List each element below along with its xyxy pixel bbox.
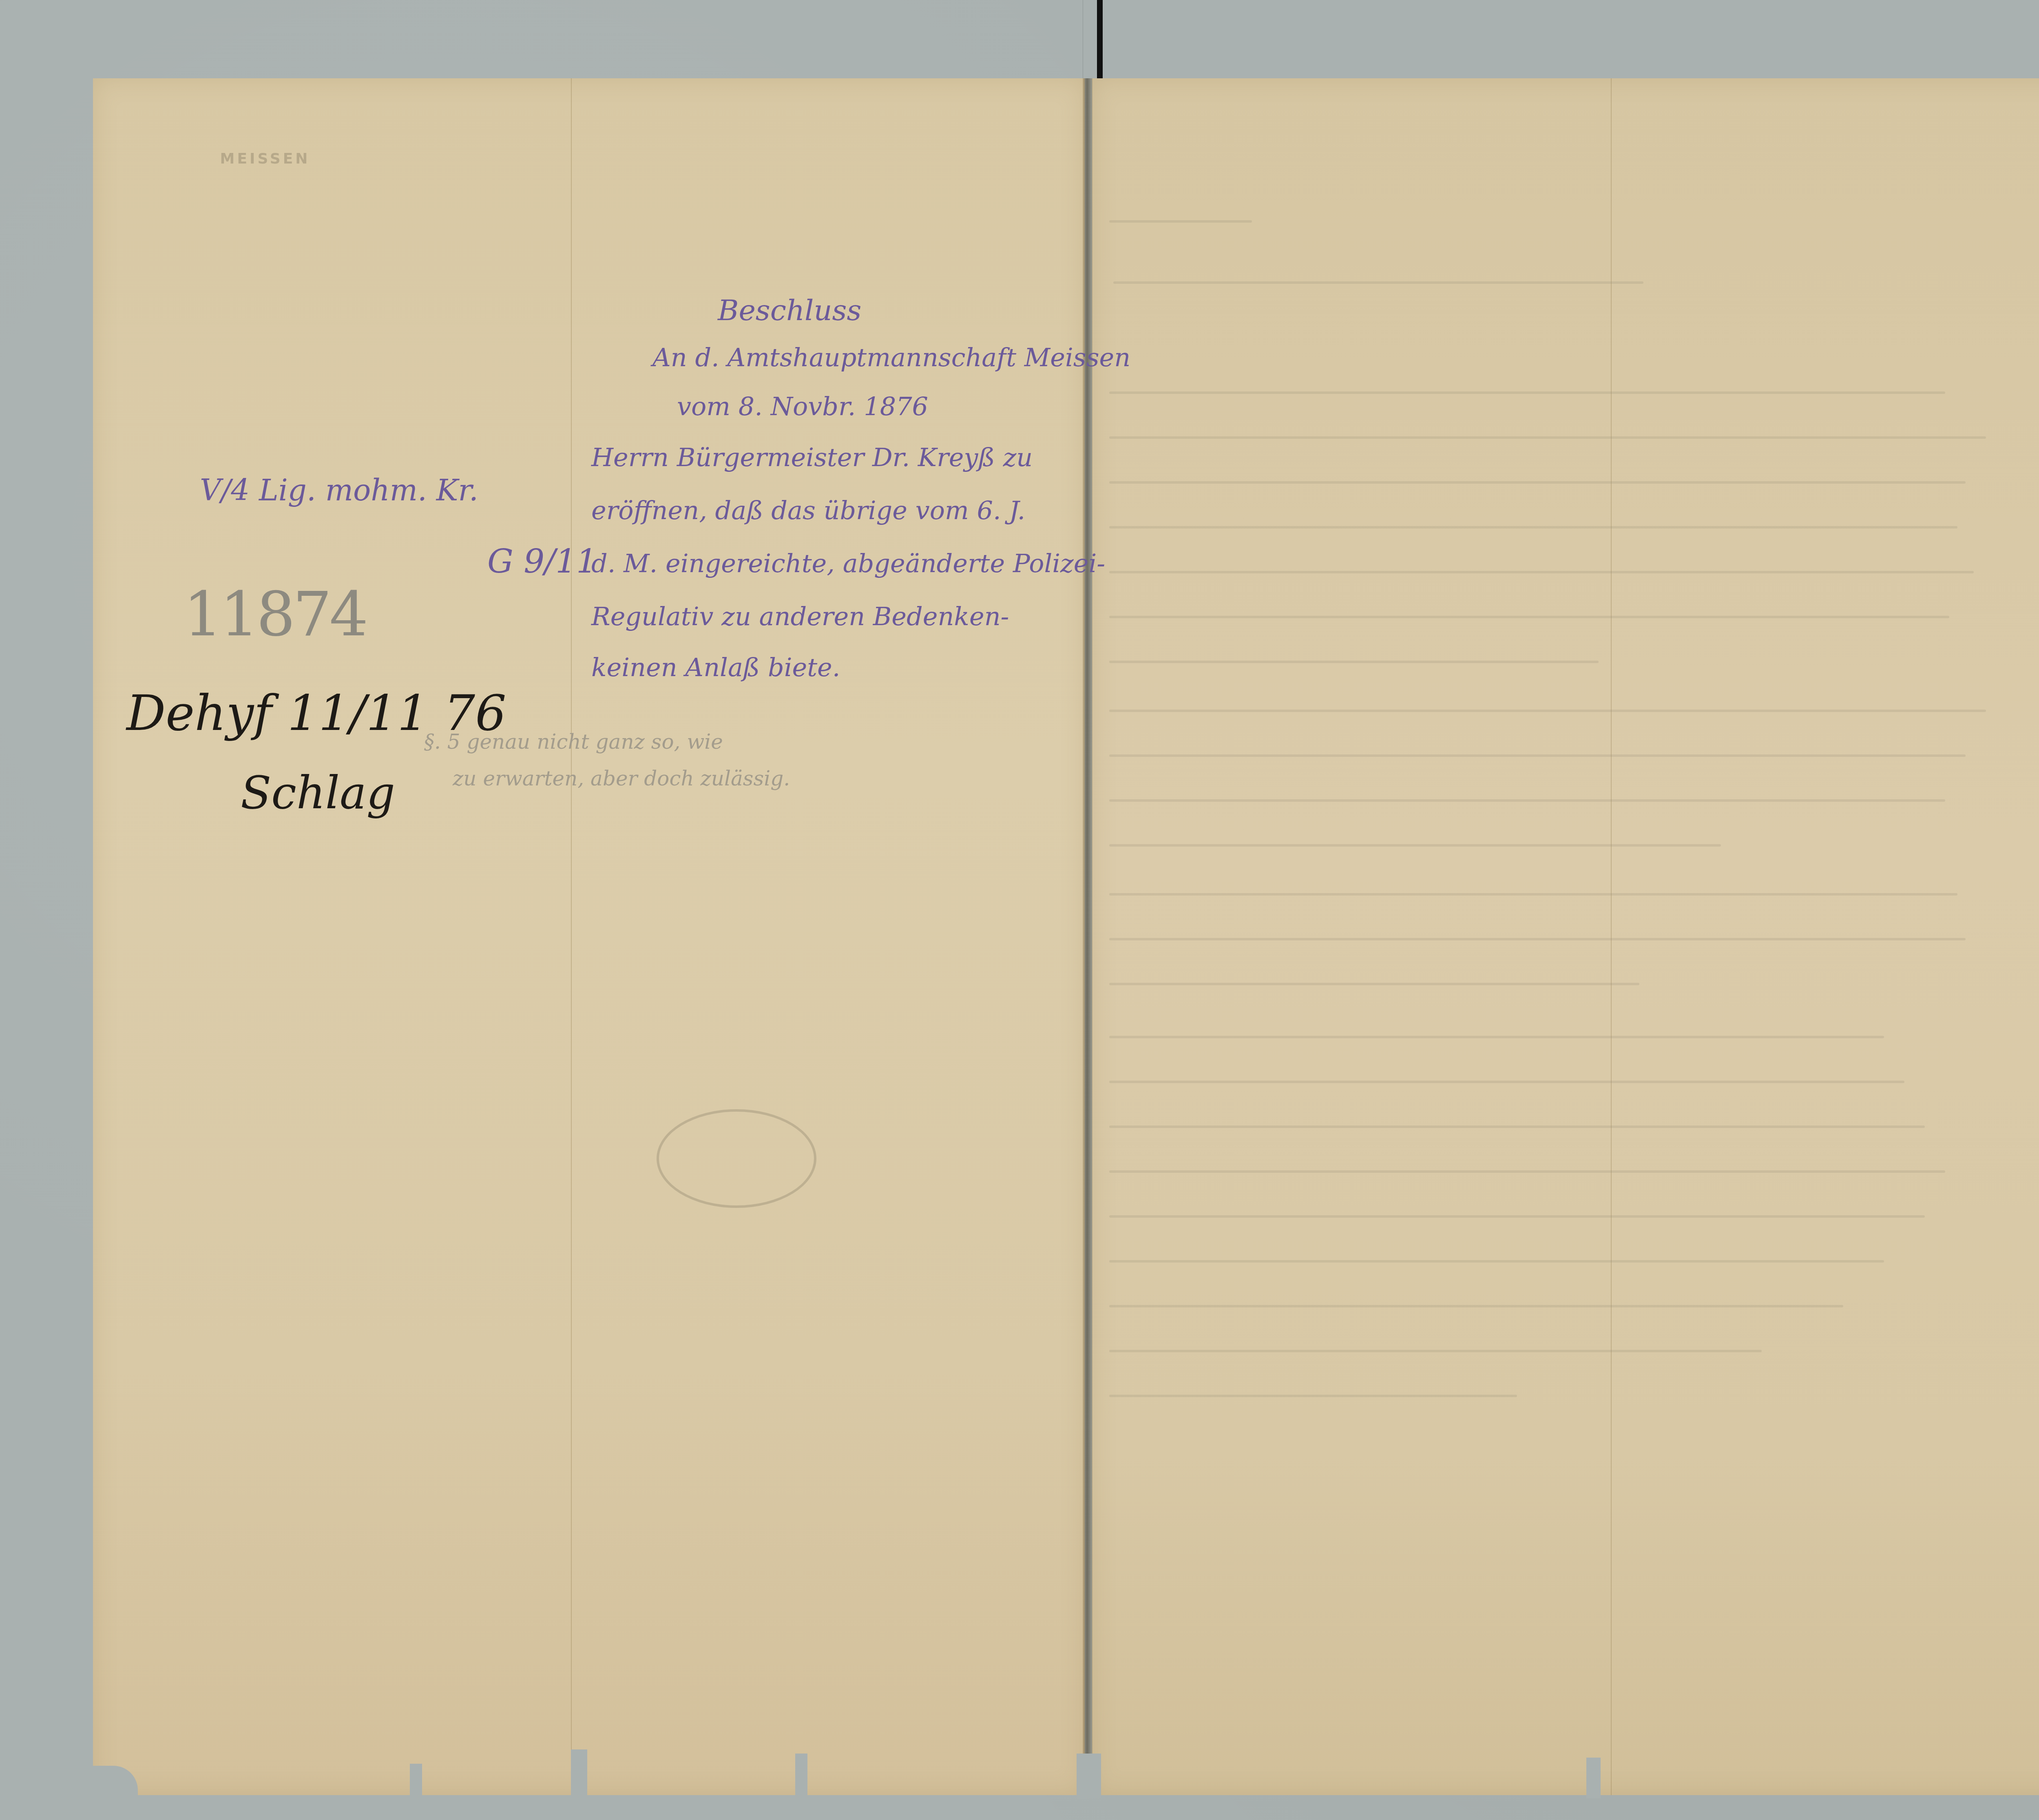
pencil-note-line: §. 5 genau nicht ganz so, wie (424, 730, 723, 754)
stamp-line: MEISSEN (171, 147, 359, 171)
torn-edge (571, 1749, 587, 1798)
registry-note: V/4 Lig. mohm. Kr. (200, 473, 478, 507)
signature-line-2: Schlag (241, 767, 395, 819)
oval-stamp (657, 1109, 816, 1208)
binding-gutter (1083, 78, 1092, 1795)
right-page-fold-crease (1611, 78, 1612, 1795)
torn-edge (1586, 1758, 1601, 1798)
decision-line: eröffnen, daß das übrige vom 6. J. (591, 495, 1025, 525)
decision-line: vom 8. Novbr. 1876 (677, 391, 928, 421)
right-page (1092, 78, 2039, 1795)
torn-edge (795, 1754, 807, 1798)
decision-line: keinen Anlaß biete. (591, 652, 840, 682)
left-page-fold-crease (571, 78, 572, 1795)
decision-line: Regulativ zu anderen Bedenken- (591, 602, 1009, 631)
pencil-note-line: zu erwarten, aber doch zulässig. (453, 767, 790, 790)
decision-heading: Beschluss (718, 294, 861, 327)
torn-edge (410, 1764, 422, 1796)
decision-line: d. M. eingereichte, abgeänderte Polizei- (591, 548, 1105, 578)
initials-date-note: G 9/11 (487, 542, 597, 580)
faint-office-stamp: MEISSEN (171, 147, 359, 171)
left-page (93, 78, 1085, 1795)
decision-line: Herrn Bürgermeister Dr. Kreyß zu (591, 442, 1033, 472)
decision-line: An d. Amtshauptmannschaft Meissen (652, 343, 1130, 372)
torn-edge (1077, 1754, 1101, 1798)
file-number: 11874 (184, 579, 366, 650)
